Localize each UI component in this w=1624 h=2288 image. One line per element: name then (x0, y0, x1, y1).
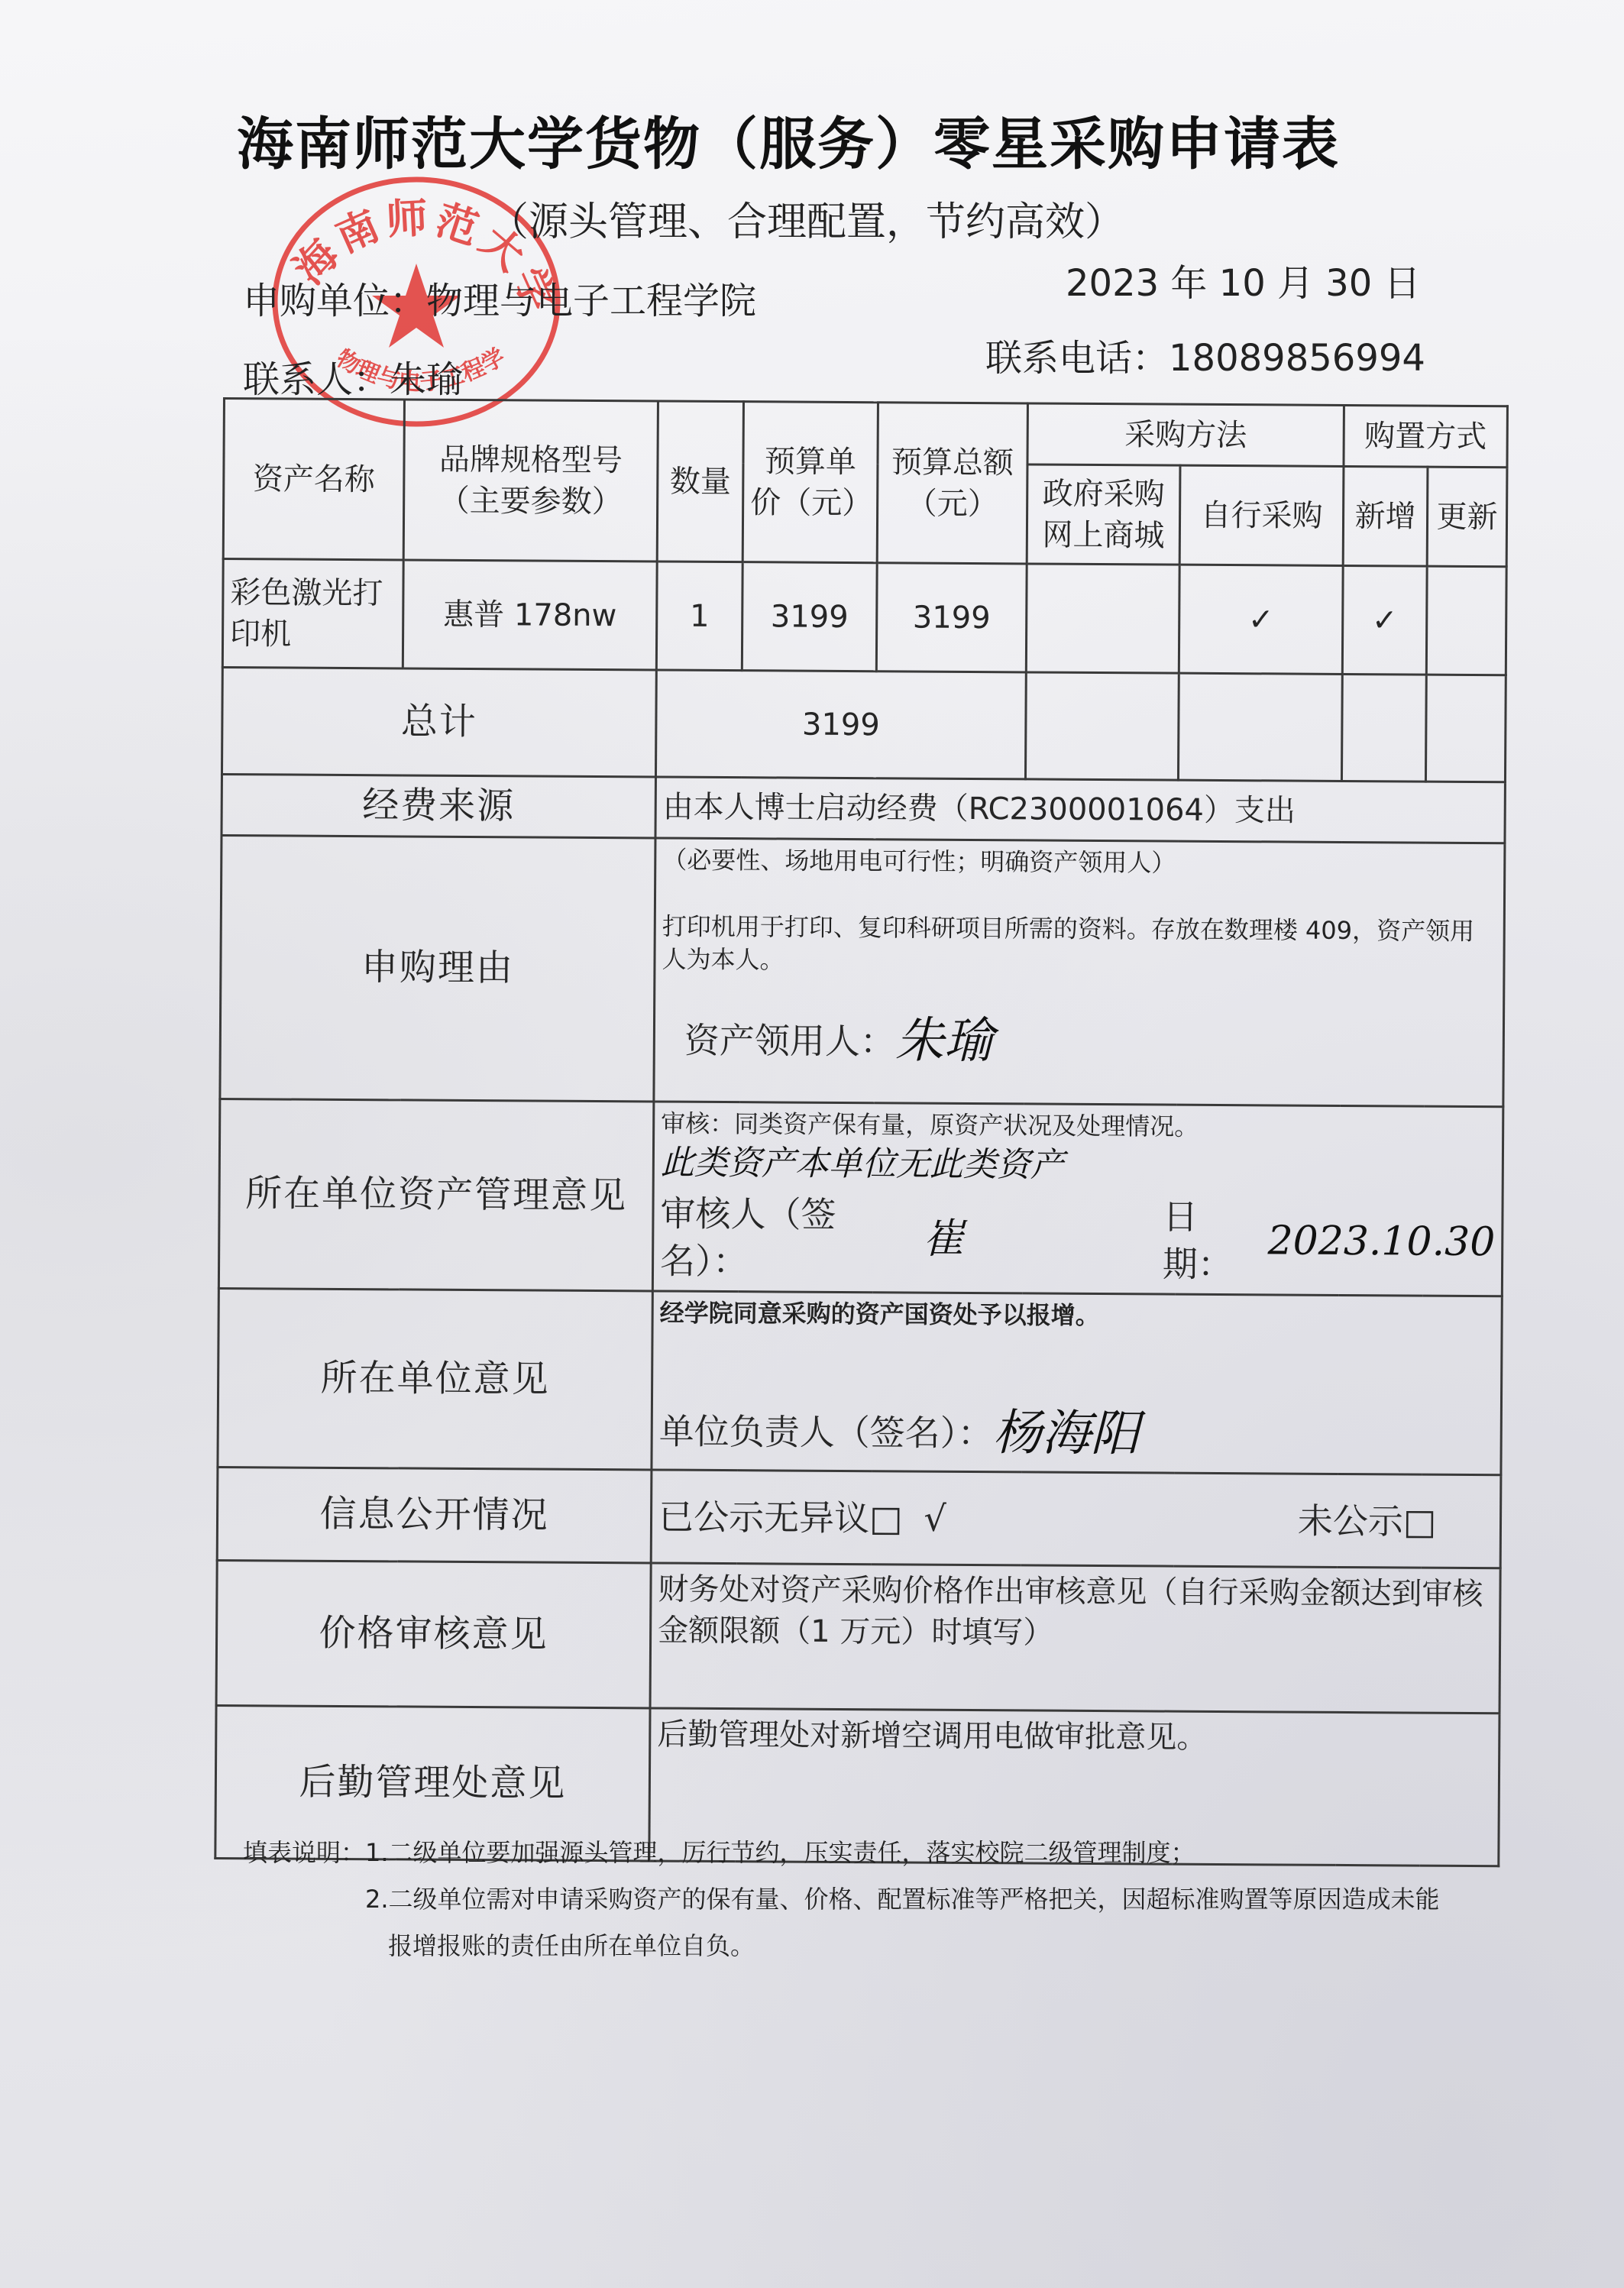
cell-total-budget: 3199 (876, 563, 1027, 672)
reason-hint: （必要性、场地用电可行性；明确资产领用人） (662, 843, 1497, 882)
note-item: 1.二级单位要加强源头管理，厉行节约，压实责任，落实校院二级管理制度； (365, 1838, 1195, 1867)
header-total-budget: 预算总额（元） (877, 403, 1027, 564)
price-review-label: 价格审核意见 (216, 1561, 651, 1708)
phone-value: 18089856994 (1169, 337, 1425, 380)
review-date-label: 日期： (1163, 1193, 1268, 1289)
cell-replace (1426, 566, 1506, 675)
header-replace: 更新 (1427, 467, 1507, 567)
header-self-purchase: 自行采购 (1179, 465, 1344, 565)
table-row: 彩色激光打印机 惠普 178nw 1 3199 3199 ✓ ✓ (222, 559, 1506, 675)
asset-user-label: 资产领用人： (684, 1016, 895, 1065)
unit-opinion-label: 所在单位意见 (218, 1288, 652, 1470)
cell-asset-name: 彩色激光打印机 (222, 559, 403, 668)
form-subtitle: （源头管理、合理配置，节约高效） (489, 189, 1124, 247)
header-gov-mall: 政府采购网上商城 (1027, 464, 1180, 565)
applying-unit-value: 物理与电子工程学院 (426, 280, 756, 322)
check-icon-self-purchase: ✓ (1179, 565, 1343, 674)
cell-unit-price: 3199 (742, 562, 877, 672)
unit-head-signature: 杨海阳 (992, 1400, 1140, 1468)
total-value: 3199 (655, 670, 1026, 779)
cell-gov-mall (1026, 564, 1179, 673)
reason-label: 申购理由 (220, 835, 655, 1101)
header-brand-model-title: 品牌规格型号 (411, 439, 650, 481)
notes-label: 填表说明： (243, 1838, 365, 1867)
reason-cell: （必要性、场地用电可行性；明确资产领用人） 打印机用于打印、复印科研项目所需的资… (654, 838, 1505, 1107)
reviewer-signature: 崔 (923, 1212, 964, 1267)
header-brand-model-sub: （主要参数） (411, 480, 650, 523)
procurement-table: 资产名称 品牌规格型号 （主要参数） 数量 预算单价（元） 预算总额（元） 采购… (214, 397, 1509, 1867)
note-item: 报增报账的责任由所在单位自负。 (243, 1923, 1440, 1969)
check-icon-new: ✓ (1342, 565, 1427, 675)
not-disclosed-option[interactable]: 未公示□ (1298, 1497, 1437, 1545)
header-purchase-type: 购置方式 (1344, 405, 1507, 467)
unit-head-label: 单位负责人（签名）： (659, 1407, 993, 1457)
asset-user-signature: 朱瑜 (895, 1008, 994, 1075)
cell-brand-model: 惠普 178nw (403, 560, 657, 670)
funding-label: 经费来源 (222, 774, 655, 837)
header-new: 新增 (1343, 466, 1428, 566)
applying-unit: 申购单位：物理与电子工程学院 (243, 271, 756, 324)
header-procurement-method: 采购方法 (1027, 403, 1344, 467)
total-label: 总计 (222, 668, 656, 777)
contact-label: 联系人： (243, 358, 390, 401)
header-unit-price: 预算单价（元） (742, 402, 878, 563)
unit-asset-label: 所在单位资产管理意见 (218, 1099, 654, 1290)
unit-asset-cell: 审核：同类资产保有量，原资产状况及处理情况。 此类资产本单位无此类资产 审核人（… (652, 1102, 1503, 1296)
header-quantity: 数量 (657, 401, 743, 562)
phone-label: 联系电话： (985, 337, 1169, 380)
filling-instructions: 填表说明：1.二级单位要加强源头管理，厉行节约，压实责任，落实校院二级管理制度；… (243, 1830, 1440, 1969)
contact-person: 联系人：朱瑜 (243, 350, 463, 403)
contact-value: 朱瑜 (390, 358, 463, 401)
header-asset-name: 资产名称 (223, 399, 404, 560)
unit-asset-handwritten: 此类资产本单位无此类资产 (661, 1141, 1496, 1191)
disclosure-label: 信息公开情况 (217, 1468, 652, 1563)
contact-phone: 联系电话：18089856994 (985, 328, 1425, 381)
reason-text: 打印机用于打印、复印科研项目所需的资料。存放在数理楼 409，资产领用人为本人。 (662, 911, 1497, 982)
funding-value: 由本人博士启动经费（RC2300001064）支出 (655, 777, 1505, 843)
disclosure-cell: 已公示无异议□ √ 未公示□ (651, 1470, 1501, 1568)
application-date: 2023 年 10 月 30 日 (1066, 254, 1421, 306)
note-item: 2.二级单位需对申请采购资产的保有量、价格、配置标准等严格把关，因超标准购置等原… (243, 1876, 1440, 1923)
reviewer-label: 审核人（签名）： (660, 1190, 924, 1286)
applying-unit-label: 申购单位： (243, 280, 426, 322)
unit-opinion-cell: 经学院同意采购的资产国资处予以报增。 单位负责人（签名）： 杨海阳 (652, 1291, 1502, 1475)
cell-quantity: 1 (656, 561, 742, 671)
review-date-value: 2023.10.30 (1267, 1215, 1495, 1270)
unit-opinion-text: 经学院同意采购的资产国资处予以报增。 (660, 1296, 1495, 1335)
total-row: 总计 3199 (222, 668, 1506, 782)
header-brand-model: 品牌规格型号 （主要参数） (403, 400, 658, 561)
disclosed-option[interactable]: 已公示无异议□ (658, 1493, 903, 1542)
price-review-hint: 财务处对资产采购价格作出审核意见（自行采购金额达到审核金额限额（1 万元）时填写… (650, 1563, 1500, 1714)
unit-asset-hint: 审核：同类资产保有量，原资产状况及处理情况。 (661, 1107, 1496, 1145)
form-title: 海南师范大学货物（服务）零星采购申请表 (237, 99, 1340, 180)
check-icon-disclosed: √ (924, 1494, 946, 1542)
